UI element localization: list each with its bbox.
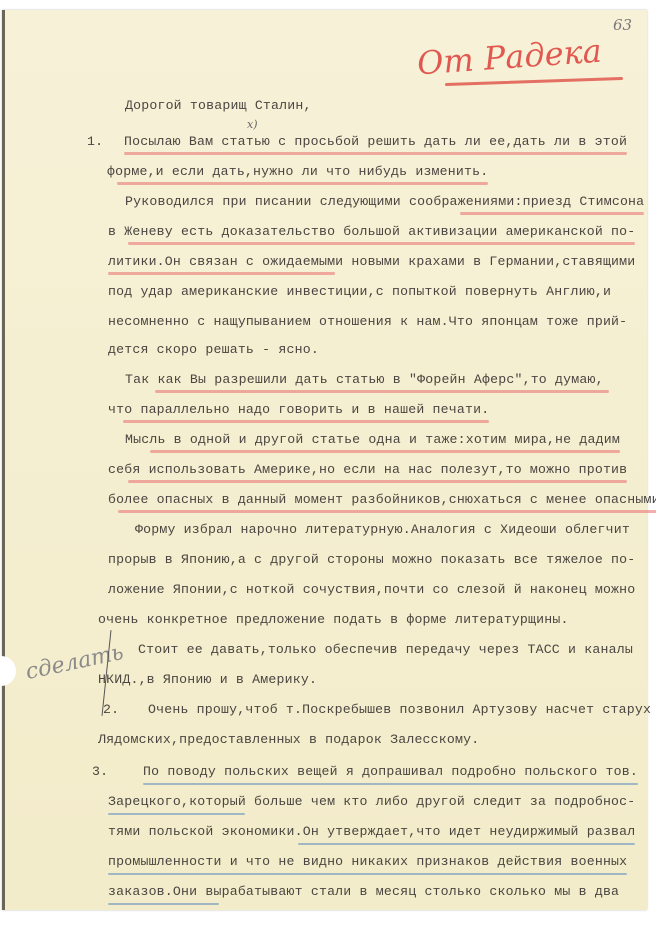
text-line: тями польской экономики.Он утверждает,чт… bbox=[108, 824, 635, 839]
text-line: более опасных в данный момент разбойнико… bbox=[108, 492, 656, 507]
page-number: 63 bbox=[613, 16, 632, 34]
document-page: 63 Oт Радека Дорогой товарищ Сталин, x) … bbox=[2, 10, 647, 910]
text-line: Так как Вы разрешили дать статью в "Форе… bbox=[125, 372, 604, 387]
text-line: себя использовать Америке,но если на нас… bbox=[108, 462, 627, 477]
text-line: Стоит ее давать,только обеспечив передач… bbox=[138, 642, 633, 657]
red-handwritten-annotation: Oт Радека bbox=[416, 32, 603, 83]
item-number-2: 2. bbox=[103, 702, 119, 717]
text-line: Лядомских,предоставленных в подарок Зале… bbox=[98, 732, 479, 747]
text-line: дется скоро решать - ясно. bbox=[108, 342, 319, 357]
text-line: заказов.Они вырабатывают стали в месяц с… bbox=[108, 884, 619, 899]
text-line: что параллельно надо говорить и в нашей … bbox=[108, 402, 489, 417]
salutation: Дорогой товарищ Сталин, bbox=[125, 98, 312, 113]
text-line: очень конкретное предложение подать в фо… bbox=[98, 612, 569, 627]
text-line: Зарецкого,который больше чем кто либо др… bbox=[108, 794, 635, 809]
text-line: Мысль в одной и другой статье одна и таж… bbox=[125, 432, 620, 447]
text-line: Руководился при писании следующими сообр… bbox=[125, 194, 644, 209]
text-line: несомненно с нащупыванием отношения к на… bbox=[108, 314, 627, 329]
item-number-3: 3. bbox=[92, 764, 108, 779]
text-line: промышленности и что не видно никаких пр… bbox=[108, 854, 627, 869]
text-line: форме,и если дать,нужно ли что нибудь из… bbox=[107, 164, 488, 179]
text-line: Форму избрал нарочно литературную.Аналог… bbox=[135, 522, 630, 537]
text-line: в Женеву есть доказательство большой акт… bbox=[108, 224, 635, 239]
footnote-mark: x) bbox=[247, 118, 258, 131]
item-number-1: 1. bbox=[87, 134, 103, 149]
text-line: По поводу польских вещей я допрашивал по… bbox=[143, 764, 638, 779]
text-line: литики.Он связан с ожидаемыми новыми кра… bbox=[108, 254, 635, 269]
text-line: прорыв в Японию,а с другой стороны можно… bbox=[108, 552, 635, 567]
text-line: Очень прошу,чтоб т.Поскребышев позвонил … bbox=[148, 702, 651, 717]
text-line: НКИД.,в Японию и в Америку. bbox=[98, 672, 317, 687]
text-line: Посылаю Вам статью с просьбой решить дат… bbox=[124, 134, 627, 149]
text-line: ложение Японии,с ноткой сочуствия,почти … bbox=[108, 582, 635, 597]
text-line: под удар американские инвестиции,с попыт… bbox=[108, 284, 611, 299]
